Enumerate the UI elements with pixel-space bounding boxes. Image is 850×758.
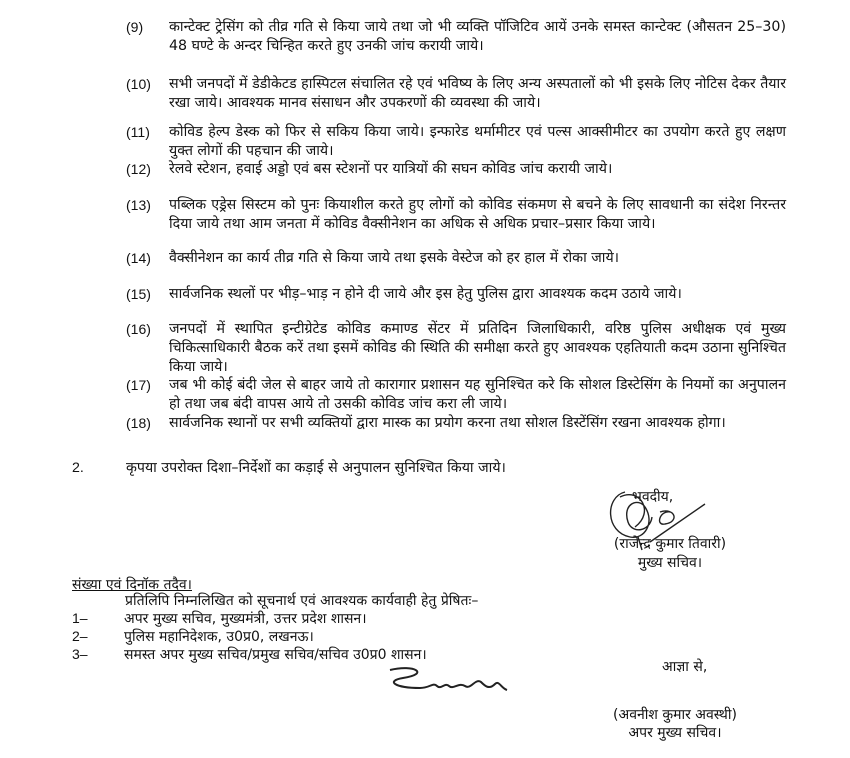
directive-number: (14)	[126, 249, 166, 268]
copy-recipient-2: 2–पुलिस महानिदेशक, उ0प्र0, लखनऊ।	[72, 627, 314, 646]
directive-number: (16)	[126, 320, 166, 339]
directive-text: रेलवे स्टेशन, हवाई अड्डो एवं बस स्टेशनों…	[169, 160, 786, 179]
directive-number: (13)	[126, 196, 166, 215]
paragraph-number: 2.	[72, 460, 126, 476]
signatory-2-name: (अवनीश कुमार अवस्थी)	[580, 705, 770, 724]
paragraph-text: कृपया उपरोक्त दिशा–निर्देशों का कड़ाई से…	[126, 460, 506, 476]
signature-1-icon	[600, 482, 710, 552]
recipient-number: 2–	[72, 627, 124, 645]
directive-9: (9) कान्टेक्ट ट्रेसिंग को तीव्र गति से क…	[126, 18, 786, 56]
copy-recipient-1: 1–अपर मुख्य सचिव, मुख्यमंत्री, उत्तर प्र…	[72, 609, 367, 628]
directive-text: कोविड हेल्प डेस्क को फिर से सकिय किया जा…	[169, 123, 786, 161]
directive-number: (11)	[126, 123, 166, 142]
recipient-text: समस्त अपर मुख्य सचिव/प्रमुख सचिव/सचिव उ0…	[124, 647, 427, 663]
directive-text: सभी जनपदों में डेडीकेटड हास्पिटल संचालित…	[169, 75, 786, 113]
recipient-number: 3–	[72, 645, 124, 663]
directive-16: (16) जनपदों में स्थापित इन्टीग्रेटेड कोव…	[126, 320, 786, 377]
directive-10: (10) सभी जनपदों में डेडीकेटड हास्पिटल सं…	[126, 75, 786, 113]
directive-11: (11) कोविड हेल्प डेस्क को फिर से सकिय कि…	[126, 123, 786, 161]
directive-text: पब्लिक एड्रेस सिस्टम को पुनः कियाशील करत…	[169, 196, 786, 234]
directive-text: सार्वजनिक स्थानों पर सभी व्यक्तियों द्वा…	[169, 414, 786, 433]
recipient-number: 1–	[72, 609, 124, 627]
copy-intro: प्रतिलिपि निम्नलिखित को सूचनार्थ एवं आवश…	[125, 591, 478, 610]
directive-number: (17)	[126, 376, 166, 395]
directive-number: (15)	[126, 285, 166, 304]
directive-text: जनपदों में स्थापित इन्टीग्रेटेड कोविड कम…	[169, 320, 786, 377]
directive-text: वैक्सीनेशन का कार्य तीव्र गति से किया जा…	[169, 249, 786, 268]
directive-number: (18)	[126, 414, 166, 433]
recipient-text: अपर मुख्य सचिव, मुख्यमंत्री, उत्तर प्रदे…	[124, 611, 367, 627]
copy-recipient-3: 3–समस्त अपर मुख्य सचिव/प्रमुख सचिव/सचिव …	[72, 645, 427, 664]
directive-number: (9)	[126, 18, 166, 37]
order-line: आज्ञा से,	[662, 657, 707, 676]
directive-15: (15) सार्वजनिक स्थलों पर भीड़–भाड़ न होन…	[126, 285, 786, 304]
signatory-designation: मुख्य सचिव।	[570, 554, 770, 573]
signature-2-icon	[375, 664, 515, 700]
directive-text: सार्वजनिक स्थलों पर भीड़–भाड़ न होने दी …	[169, 285, 786, 304]
directive-18: (18) सार्वजनिक स्थानों पर सभी व्यक्तियों…	[126, 414, 786, 433]
paragraph-2: 2.कृपया उपरोक्त दिशा–निर्देशों का कड़ाई …	[72, 458, 506, 477]
directive-17: (17) जब भी कोई बंदी जेल से बाहर जाये तो …	[126, 376, 786, 414]
recipient-text: पुलिस महानिदेशक, उ0प्र0, लखनऊ।	[124, 629, 314, 645]
directive-number: (12)	[126, 160, 166, 179]
directive-text: कान्टेक्ट ट्रेसिंग को तीव्र गति से किया …	[169, 18, 786, 56]
directive-12: (12) रेलवे स्टेशन, हवाई अड्डो एवं बस स्ट…	[126, 160, 786, 179]
directive-14: (14) वैक्सीनेशन का कार्य तीव्र गति से कि…	[126, 249, 786, 268]
directive-text: जब भी कोई बंदी जेल से बाहर जाये तो काराग…	[169, 376, 786, 414]
directive-13: (13) पब्लिक एड्रेस सिस्टम को पुनः कियाशी…	[126, 196, 786, 234]
directive-number: (10)	[126, 75, 166, 94]
document-page: (9) कान्टेक्ट ट्रेसिंग को तीव्र गति से क…	[0, 0, 850, 758]
signatory-2-designation: अपर मुख्य सचिव।	[580, 723, 770, 742]
